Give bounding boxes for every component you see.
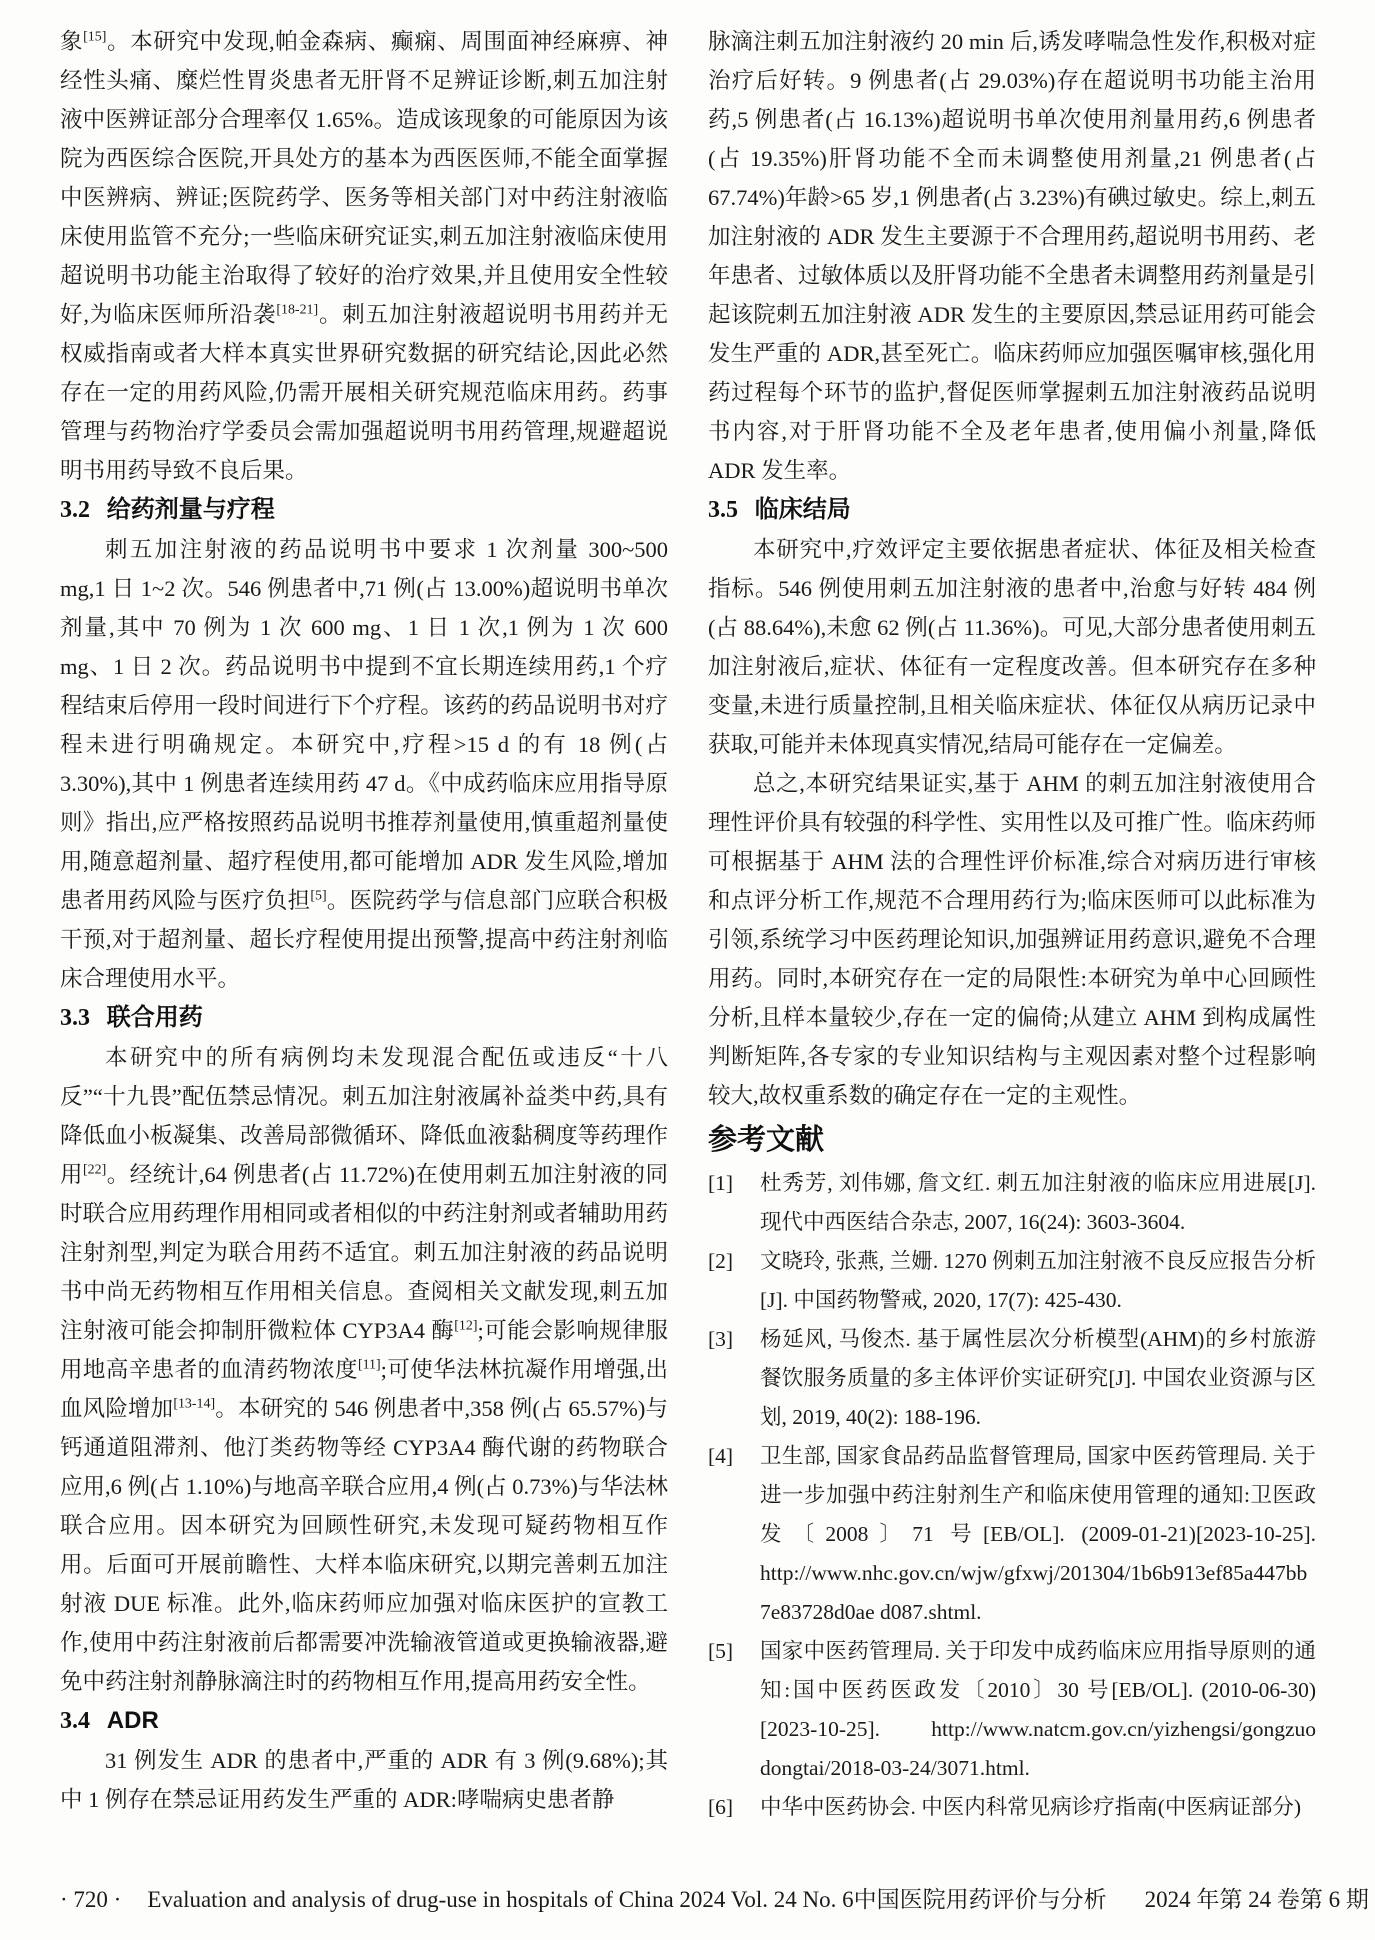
paragraph-clinical-outcome: 本研究中,疗效评定主要依据患者症状、体征及相关检查指标。546 例使用刺五加注射… bbox=[708, 530, 1316, 764]
paper-page: 象[15]。本研究中发现,帕金森病、癫痫、周围面神经麻痹、神经性头痛、糜烂性胃炎… bbox=[0, 0, 1375, 1940]
reference-label: [3] bbox=[708, 1320, 733, 1359]
paragraph-dosage-course: 刺五加注射液的药品说明书中要求 1 次剂量 300~500 mg,1 日 1~2… bbox=[60, 530, 668, 998]
reference-item: [1]杜秀芳, 刘伟娜, 詹文红. 刺五加注射液的临床应用进展[J]. 现代中西… bbox=[708, 1164, 1316, 1242]
footer-journal-cn: 中国医院用药评价与分析 bbox=[854, 1887, 1107, 1912]
left-column: 象[15]。本研究中发现,帕金森病、癫痫、周围面神经麻痹、神经性头痛、糜烂性胃炎… bbox=[60, 22, 668, 1827]
footer-right: 中国医院用药评价与分析2024 年第 24 卷第 6 期 bbox=[854, 1884, 1369, 1916]
section-number: 3.5 bbox=[708, 497, 738, 523]
reference-text: 文晓玲, 张燕, 兰姗. 1270 例刺五加注射液不良反应报告分析[J]. 中国… bbox=[760, 1249, 1316, 1312]
section-title: ADR bbox=[107, 1707, 159, 1734]
section-title: 给药剂量与疗程 bbox=[107, 496, 275, 523]
reference-text: 杨延风, 马俊杰. 基于属性层次分析模型(AHM)的乡村旅游餐饮服务质量的多主体… bbox=[760, 1327, 1316, 1429]
footer-journal-en: Evaluation and analysis of drug-use in h… bbox=[147, 1887, 853, 1912]
footer-issue-cn: 2024 年第 24 卷第 6 期 bbox=[1145, 1887, 1369, 1912]
footer-left: · 720 ·Evaluation and analysis of drug-u… bbox=[60, 1884, 854, 1916]
section-heading-3-3: 3.3联合用药 bbox=[60, 998, 668, 1038]
section-number: 3.4 bbox=[60, 1708, 90, 1734]
right-column: 脉滴注刺五加注射液约 20 min 后,诱发哮喘急性发作,积极对症治疗后好转。9… bbox=[708, 22, 1316, 1827]
reference-item: [5]国家中医药管理局. 关于印发中成药临床应用指导原则的通知:国中医药医政发〔… bbox=[708, 1632, 1316, 1788]
section-number: 3.3 bbox=[60, 1005, 90, 1031]
reference-item: [2]文晓玲, 张燕, 兰姗. 1270 例刺五加注射液不良反应报告分析[J].… bbox=[708, 1242, 1316, 1320]
references-heading: 参考文献 bbox=[708, 1118, 1316, 1162]
reference-text: 杜秀芳, 刘伟娜, 詹文红. 刺五加注射液的临床应用进展[J]. 现代中西医结合… bbox=[760, 1171, 1316, 1234]
page-footer: · 720 ·Evaluation and analysis of drug-u… bbox=[60, 1884, 1318, 1916]
reference-item: [6]中华中医药协会. 中医内科常见病诊疗指南(中医病证部分) bbox=[708, 1788, 1316, 1827]
reference-item: [4]卫生部, 国家食品药品监督管理局, 国家中医药管理局. 关于进一步加强中药… bbox=[708, 1437, 1316, 1632]
section-number: 3.2 bbox=[60, 497, 90, 523]
paragraph-adr-start: 31 例发生 ADR 的患者中,严重的 ADR 有 3 例(9.68%);其中 … bbox=[60, 1741, 668, 1819]
two-column-body: 象[15]。本研究中发现,帕金森病、癫痫、周围面神经麻痹、神经性头痛、糜烂性胃炎… bbox=[60, 22, 1316, 1827]
paragraph-combination-therapy: 本研究中的所有病例均未发现混合配伍或违反“十八反”“十九畏”配伍禁忌情况。刺五加… bbox=[60, 1038, 668, 1701]
paragraph-conclusion: 总之,本研究结果证实,基于 AHM 的刺五加注射液使用合理性评价具有较强的科学性… bbox=[708, 764, 1316, 1115]
section-title: 临床结局 bbox=[755, 496, 851, 523]
reference-text: 中华中医药协会. 中医内科常见病诊疗指南(中医病证部分) bbox=[760, 1795, 1301, 1819]
reference-label: [4] bbox=[708, 1437, 733, 1476]
reference-label: [6] bbox=[708, 1788, 733, 1827]
section-title: 联合用药 bbox=[107, 1004, 203, 1031]
reference-text: 卫生部, 国家食品药品监督管理局, 国家中医药管理局. 关于进一步加强中药注射剂… bbox=[760, 1444, 1316, 1624]
reference-label: [5] bbox=[708, 1632, 733, 1671]
paragraph-adr-continued: 脉滴注刺五加注射液约 20 min 后,诱发哮喘急性发作,积极对症治疗后好转。9… bbox=[708, 22, 1316, 490]
section-heading-3-2: 3.2给药剂量与疗程 bbox=[60, 490, 668, 530]
reference-label: [2] bbox=[708, 1242, 733, 1281]
section-heading-3-5: 3.5临床结局 bbox=[708, 490, 1316, 530]
paragraph-discussion-continued: 象[15]。本研究中发现,帕金森病、癫痫、周围面神经麻痹、神经性头痛、糜烂性胃炎… bbox=[60, 22, 668, 490]
reference-item: [3]杨延风, 马俊杰. 基于属性层次分析模型(AHM)的乡村旅游餐饮服务质量的… bbox=[708, 1320, 1316, 1437]
section-heading-3-4: 3.4ADR bbox=[60, 1701, 668, 1741]
reference-label: [1] bbox=[708, 1164, 733, 1203]
reference-text: 国家中医药管理局. 关于印发中成药临床应用指导原则的通知:国中医药医政发〔201… bbox=[760, 1639, 1316, 1780]
page-number: · 720 · bbox=[60, 1887, 121, 1912]
